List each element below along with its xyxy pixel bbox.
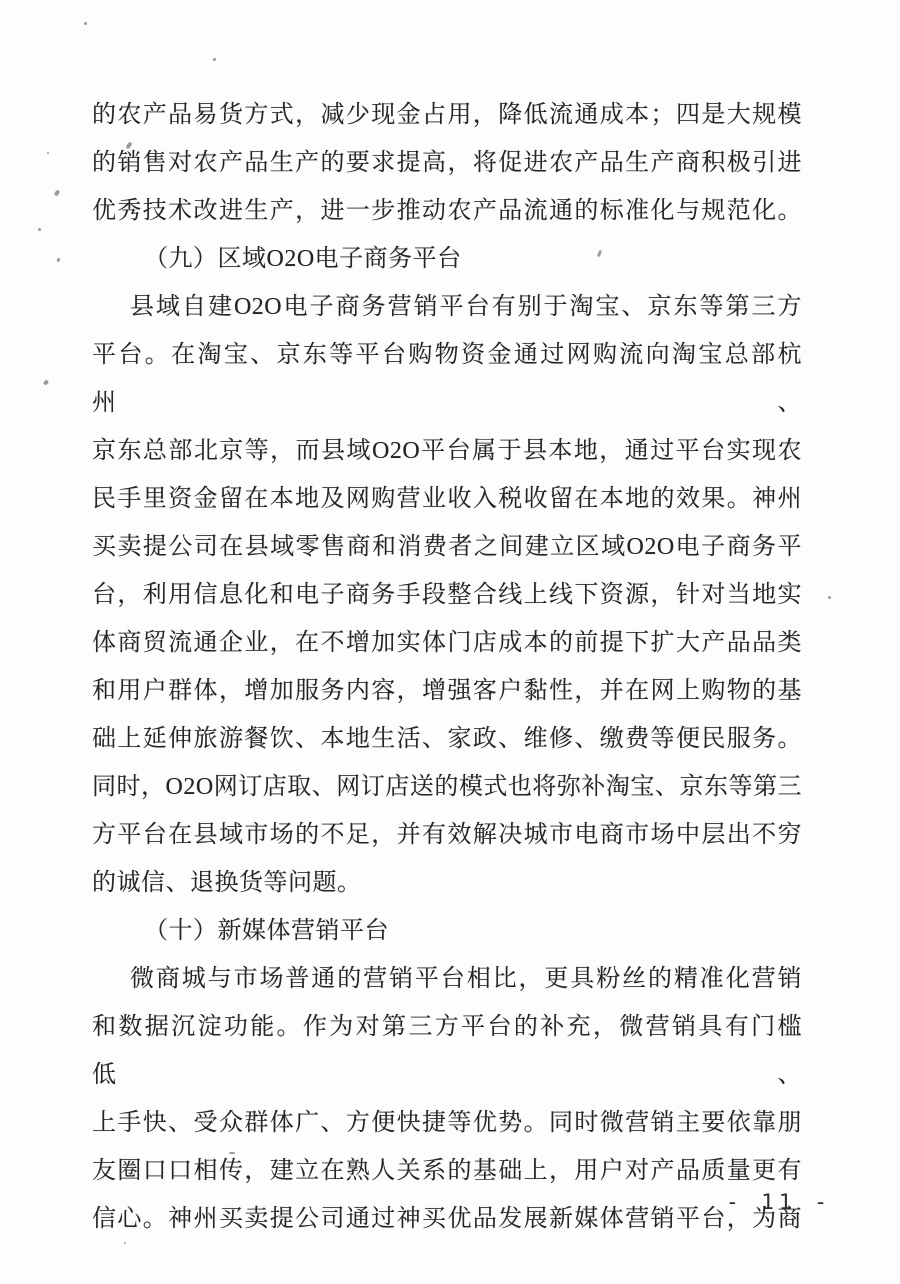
section-heading: （十）新媒体营销平台 xyxy=(92,907,802,955)
text-line: 信心。神州买卖提公司通过神买优品发展新媒体营销平台，为商 xyxy=(92,1195,802,1243)
text-line: 台，利用信息化和电子商务手段整合线上线下资源，针对当地实 xyxy=(92,571,802,619)
scanned-document-page: 的农产品易货方式，减少现金占用，降低流通成本；四是大规模的销售对农产品生产的要求… xyxy=(0,0,900,1284)
scan-speckle xyxy=(54,189,60,196)
text-line: 和数据沉淀功能。作为对第三方平台的补充，微营销具有门槛低、 xyxy=(92,1003,802,1099)
text-line: 优秀技术改进生产，进一步推动农产品流通的标准化与规范化。 xyxy=(92,187,802,235)
text-line: 体商贸流通企业，在不增加实体门店成本的前提下扩大产品品类 xyxy=(92,619,802,667)
scan-speckle xyxy=(43,379,49,385)
text-line: 平台。在淘宝、京东等平台购物资金通过网购流向淘宝总部杭州、 xyxy=(92,331,802,427)
text-line: 的销售对农产品生产的要求提高，将促进农产品生产商积极引进 xyxy=(92,139,802,187)
text-line: 的农产品易货方式，减少现金占用，降低流通成本；四是大规模 xyxy=(92,91,802,139)
text-line: 方平台在县域市场的不足，并有效解决城市电商市场中层出不穷 xyxy=(92,811,802,859)
section-heading: （九）区域O2O电子商务平台 xyxy=(92,235,802,283)
text-line: 民手里资金留在本地及网购营业收入税收留在本地的效果。神州 xyxy=(92,475,802,523)
text-line: 的诚信、退换货等问题。 xyxy=(92,859,802,907)
scan-speckle xyxy=(640,170,642,172)
text-line: 础上延伸旅游餐饮、本地生活、家政、维修、缴费等便民服务。 xyxy=(92,715,802,763)
text-line: 和用户群体，增加服务内容，增强客户黏性，并在网上购物的基 xyxy=(92,667,802,715)
scan-speckle xyxy=(124,1242,126,1244)
page-number: - 11 - xyxy=(726,1188,832,1216)
scan-speckle xyxy=(84,22,87,25)
text-line: 上手快、受众群体广、方便快捷等优势。同时微营销主要依靠朋 xyxy=(92,1099,802,1147)
scan-speckle xyxy=(56,258,60,263)
text-line: 友圈口口相传，建立在熟人关系的基础上，用户对产品质量更有 xyxy=(92,1147,802,1195)
scan-speckle xyxy=(229,1152,235,1154)
scan-speckle xyxy=(213,58,216,61)
scan-speckle xyxy=(332,118,335,121)
document-body: 的农产品易货方式，减少现金占用，降低流通成本；四是大规模的销售对农产品生产的要求… xyxy=(92,91,802,1243)
text-line: 同时，O2O网订店取、网订店送的模式也将弥补淘宝、京东等第三 xyxy=(92,763,802,811)
scan-speckle xyxy=(206,1222,208,1225)
text-line: 买卖提公司在县域零售商和消费者之间建立区域O2O电子商务平 xyxy=(92,523,802,571)
scan-speckle xyxy=(47,152,49,154)
text-line: 京东总部北京等，而县域O2O平台属于县本地，通过平台实现农 xyxy=(92,427,802,475)
scan-speckle xyxy=(38,228,41,231)
text-line: 微商城与市场普通的营销平台相比，更具粉丝的精准化营销 xyxy=(92,955,802,1003)
scan-speckle xyxy=(828,596,831,599)
text-line: 县域自建O2O电子商务营销平台有别于淘宝、京东等第三方 xyxy=(92,283,802,331)
